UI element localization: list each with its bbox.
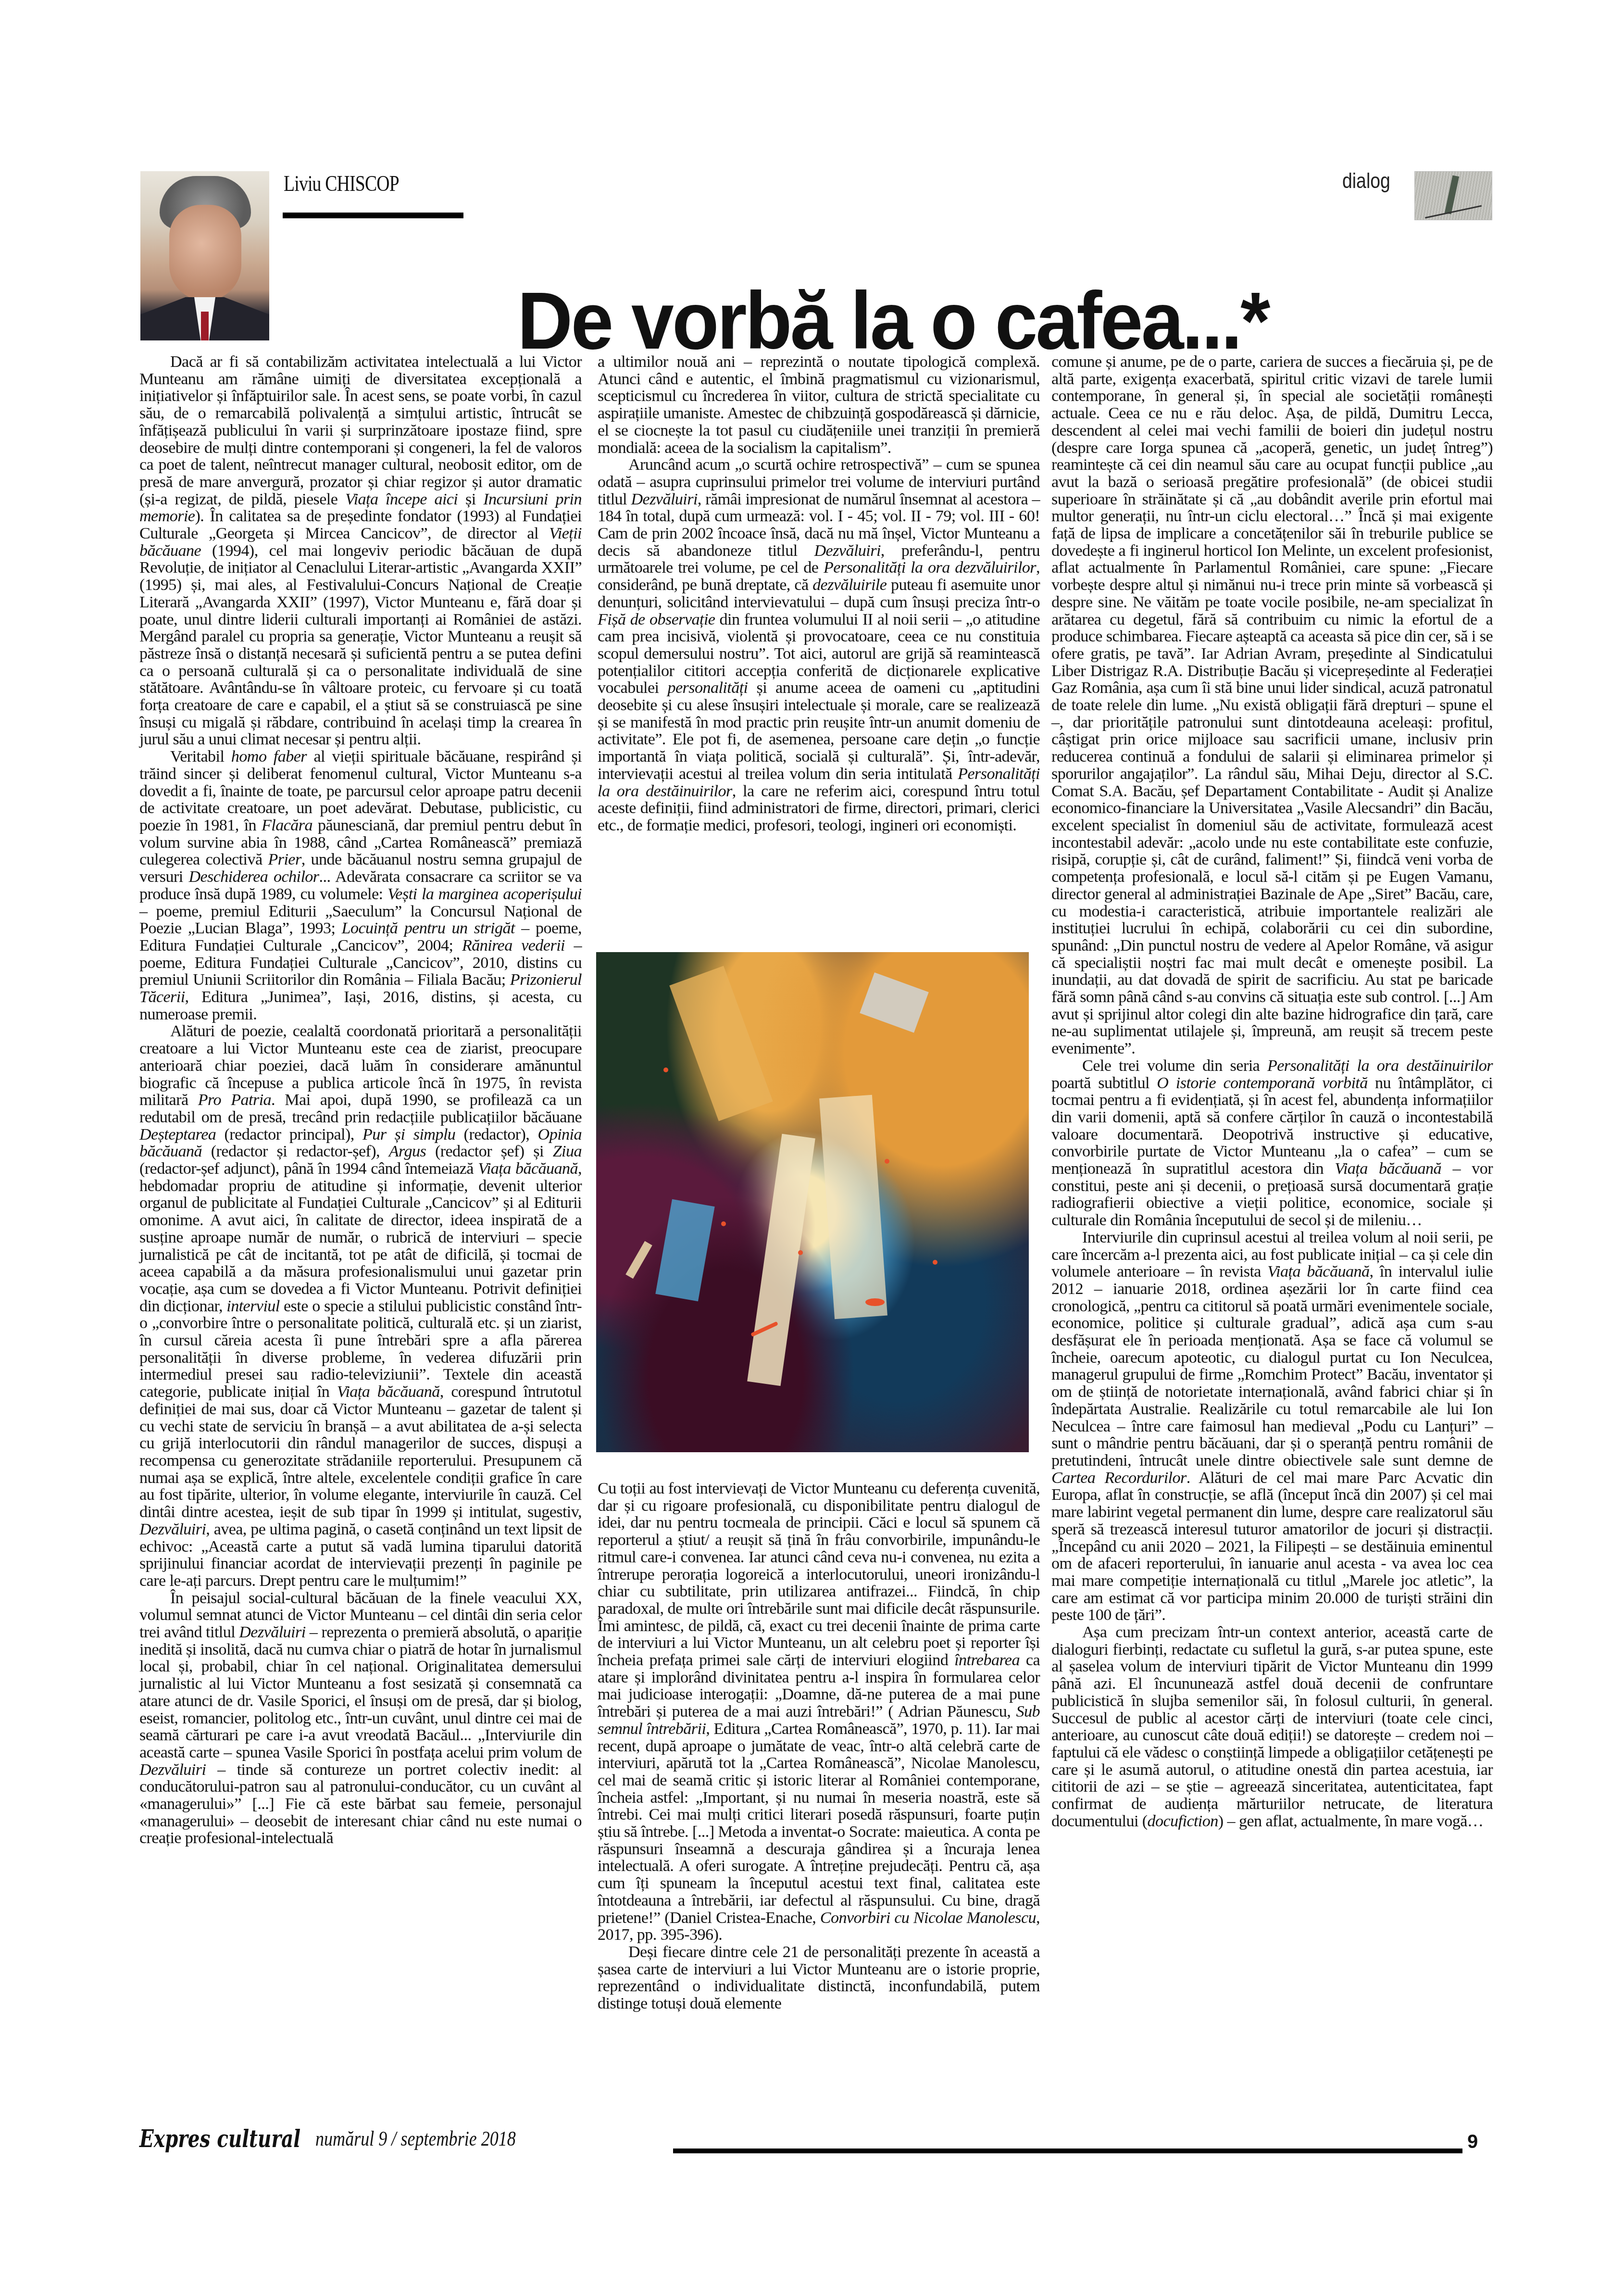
paint-dot [721, 1221, 726, 1226]
column-3: comune și anume, pe de o parte, cariera … [1051, 353, 1493, 2104]
paint-dot [663, 1068, 668, 1072]
column-2-top: a ultimilor nouă ani – reprezintă o nout… [598, 353, 1040, 950]
paint-dot [798, 1250, 803, 1255]
column-1: Dacă ar fi să contabilizăm activitatea i… [139, 353, 582, 2104]
abstract-painting [596, 952, 1029, 1452]
paragraph: Așa cum precizam într-un context anterio… [1051, 1624, 1493, 1830]
paragraph: În peisajul social-cultural băcăuan de l… [139, 1590, 582, 1847]
portrait-face [169, 205, 241, 301]
author-portrait [140, 171, 269, 340]
author-underline [283, 213, 463, 218]
paragraph: Interviurile din cuprinsul acestui al tr… [1051, 1229, 1493, 1624]
paragraph: Alături de poezie, cealaltă coordonată p… [139, 1023, 582, 1589]
paint-streak [655, 1199, 714, 1302]
paint-streak [669, 966, 773, 1121]
paragraph: Aruncând acum „o scurtă ochire retrospec… [598, 456, 1040, 834]
pen-icon [1445, 175, 1459, 214]
paint-dot [933, 1260, 937, 1265]
paragraph: Veritabil homo faber al vieții spiritual… [139, 748, 582, 1023]
article-title: De vorbă la o cafea...* [517, 280, 1269, 361]
footer-rule [673, 2149, 1462, 2153]
page-number: 9 [1467, 2131, 1478, 2153]
issue-info: numărul 9 / septembrie 2018 [315, 2126, 516, 2151]
paragraph: comune și anume, pe de o parte, cariera … [1051, 353, 1493, 1057]
magazine-name: Expres cultural [139, 2124, 300, 2153]
paragraph: Cu toții au fost intervievați de Victor … [598, 1480, 1040, 1944]
paint-streak [625, 1241, 652, 1279]
paint-streak [860, 972, 929, 1033]
author-name: Liviu CHISCOP [284, 171, 399, 196]
paint-streak [747, 1134, 815, 1386]
column-2-bottom: Cu toții au fost intervievați de Victor … [598, 1480, 1040, 2105]
paint-streak [819, 1095, 887, 1319]
paragraph: Deși fiecare dintre cele 21 de personali… [598, 1944, 1040, 2012]
ink-line [1425, 205, 1482, 219]
portrait-tie [201, 312, 209, 340]
paragraph: Cele trei volume din seria Personalități… [1051, 1057, 1493, 1229]
paragraph: Dacă ar fi să contabilizăm activitatea i… [139, 353, 582, 748]
paint-dot [865, 1298, 885, 1306]
paragraph: a ultimilor nouă ani – reprezintă o nout… [598, 353, 1040, 456]
paint-dot [885, 1159, 889, 1164]
section-label: dialog [1342, 169, 1390, 193]
pen-sketch-icon [1414, 171, 1492, 220]
